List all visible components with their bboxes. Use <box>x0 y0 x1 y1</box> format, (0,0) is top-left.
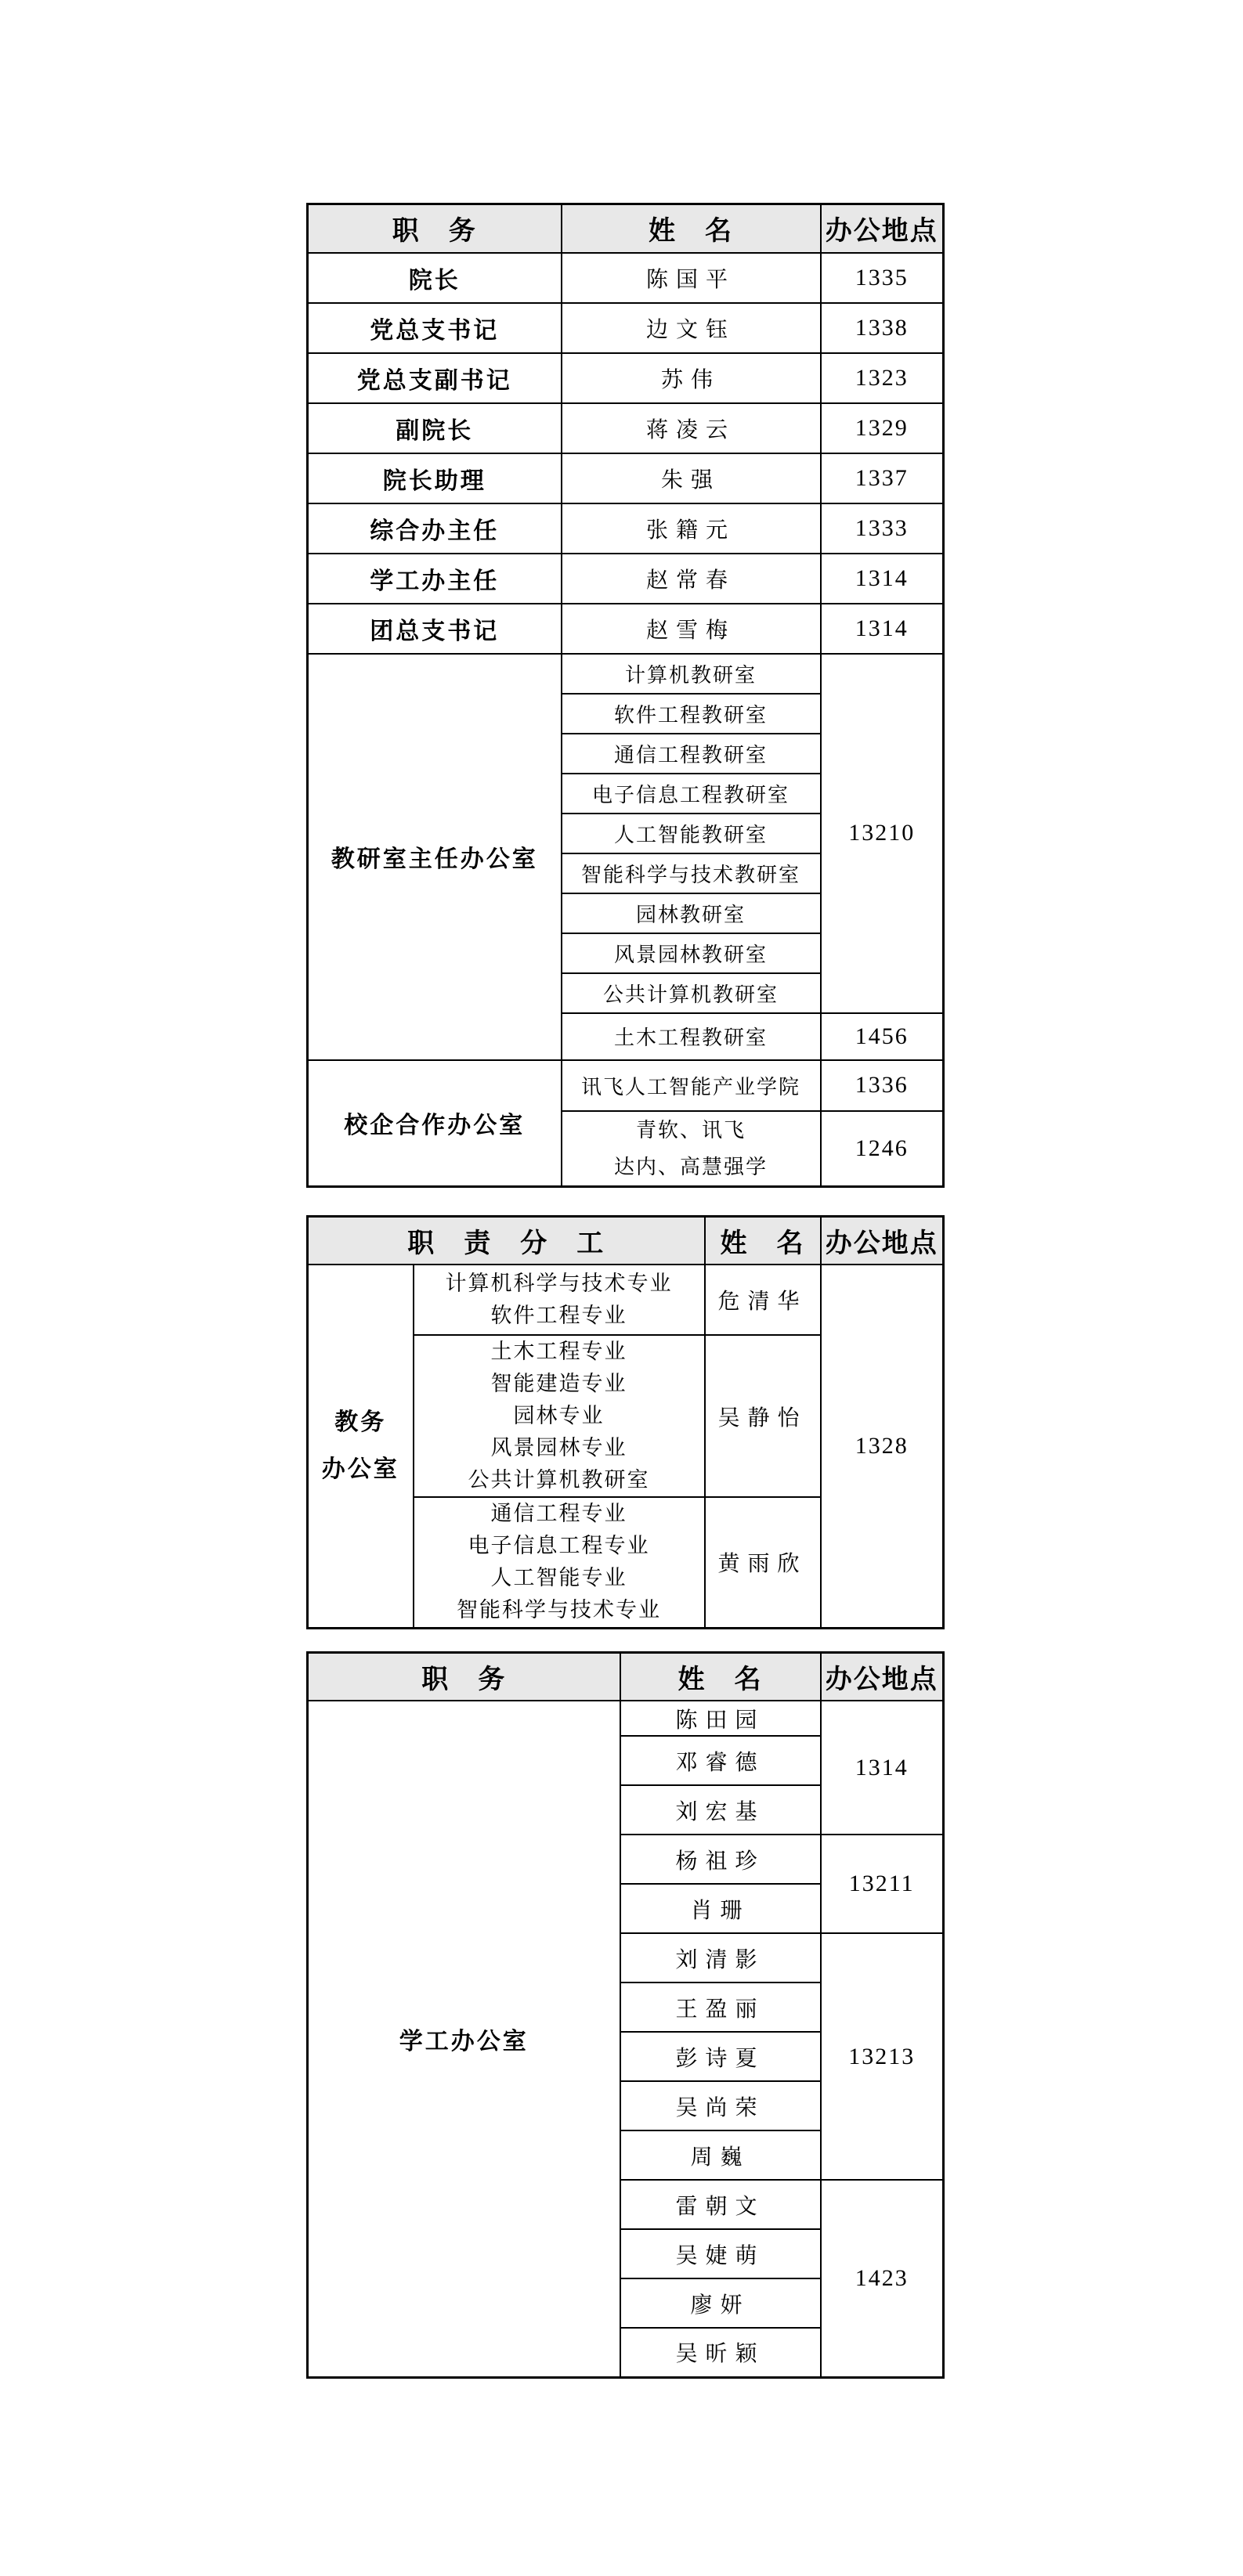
name-cell: 朱强 <box>562 453 821 503</box>
name-cell: 吴婕萌 <box>620 2229 821 2278</box>
name-cell: 彭诗夏 <box>620 2032 821 2081</box>
department-cell: 教务 办公室 <box>308 1265 414 1628</box>
table-row: 综合办主任 张籍元 1333 <box>308 503 944 554</box>
name-cell: 陈国平 <box>562 253 821 303</box>
office-cell: 1336 <box>821 1060 944 1111</box>
name-cell: 边文钰 <box>562 303 821 353</box>
office-cell: 1337 <box>821 453 944 503</box>
position-cell: 院长 <box>308 253 562 303</box>
header-position: 职 务 <box>308 1652 620 1701</box>
office-cell-merged: 13211 <box>821 1835 944 1933</box>
name-cell: 苏伟 <box>562 353 821 403</box>
department-line: 教务 <box>309 1399 413 1446</box>
table-row: 教务 办公室 计算机科学与技术专业 软件工程专业 危清华 1328 <box>308 1265 944 1335</box>
duty-line: 园林专业 <box>414 1400 704 1432</box>
header-office: 办公地点 <box>821 204 944 253</box>
name-cell: 王盈丽 <box>620 1983 821 2032</box>
name-cell: 赵雪梅 <box>562 604 821 654</box>
header-office: 办公地点 <box>821 1216 944 1265</box>
office-cell-merged: 1423 <box>821 2180 944 2377</box>
duty-line: 人工智能专业 <box>414 1562 704 1594</box>
header-position: 职 务 <box>308 204 562 253</box>
name-cell: 张籍元 <box>562 503 821 554</box>
table-gap <box>306 1188 945 1215</box>
duty-line: 智能建造专业 <box>414 1368 704 1400</box>
room-cell: 计算机教研室 <box>562 654 821 694</box>
room-cell: 智能科学与技术教研室 <box>562 853 821 893</box>
header-office: 办公地点 <box>821 1652 944 1701</box>
office-cell: 1338 <box>821 303 944 353</box>
header-row: 职 责 分 工 姓 名 办公地点 <box>308 1216 944 1265</box>
page-content: 职 务 姓 名 办公地点 院长 陈国平 1335 党总支书记 边文钰 1338 … <box>306 203 945 2379</box>
header-name: 姓 名 <box>620 1652 821 1701</box>
office-cell: 1329 <box>821 403 944 453</box>
office-cell: 1333 <box>821 503 944 554</box>
duty-line: 电子信息工程专业 <box>414 1530 704 1562</box>
document-page: { "colors": { "header_bg": "#e8e8e8", "b… <box>0 0 1243 2576</box>
table-row: 学工办公室 陈田园 1314 <box>308 1701 944 1736</box>
name-cell: 邓睿德 <box>620 1736 821 1785</box>
department-line: 办公室 <box>309 1446 413 1493</box>
name-cell: 蒋凌云 <box>562 403 821 453</box>
position-cell: 综合办主任 <box>308 503 562 554</box>
name-cell: 黄雨欣 <box>705 1497 821 1628</box>
position-cell: 党总支副书记 <box>308 353 562 403</box>
partner-cell: 青软、讯飞 达内、高慧强学 <box>562 1111 821 1187</box>
table-row: 党总支书记 边文钰 1338 <box>308 303 944 353</box>
office-cell-merged: 13210 <box>821 654 944 1013</box>
position-cell: 党总支书记 <box>308 303 562 353</box>
name-cell: 杨祖珍 <box>620 1835 821 1884</box>
table-row: 团总支书记 赵雪梅 1314 <box>308 604 944 654</box>
office-cell: 1314 <box>821 554 944 604</box>
name-cell: 赵常春 <box>562 554 821 604</box>
office-cell: 1335 <box>821 253 944 303</box>
header-row: 职 务 姓 名 办公地点 <box>308 204 944 253</box>
room-cell: 人工智能教研室 <box>562 814 821 853</box>
duty-line: 计算机科学与技术专业 <box>414 1268 704 1300</box>
header-duties: 职 责 分 工 <box>308 1216 705 1265</box>
position-cell-research-office: 教研室主任办公室 <box>308 654 562 1060</box>
header-name: 姓 名 <box>562 204 821 253</box>
name-cell: 廖妍 <box>620 2278 821 2328</box>
office-cell-merged: 13213 <box>821 1933 944 2180</box>
table-row: 副院长 蒋凌云 1329 <box>308 403 944 453</box>
office-cell-merged: 1314 <box>821 1701 944 1835</box>
duties-cell: 计算机科学与技术专业 软件工程专业 <box>414 1265 705 1335</box>
room-cell: 土木工程教研室 <box>562 1013 821 1060</box>
table-row: 校企合作办公室 讯飞人工智能产业学院 1336 <box>308 1060 944 1111</box>
name-cell: 吴静怡 <box>705 1335 821 1497</box>
position-cell: 团总支书记 <box>308 604 562 654</box>
name-cell: 刘清影 <box>620 1933 821 1983</box>
room-cell: 电子信息工程教研室 <box>562 774 821 814</box>
office-cell: 1323 <box>821 353 944 403</box>
student-affairs-table: 职 务 姓 名 办公地点 学工办公室 陈田园 1314 邓睿德 刘宏基 杨祖珍 … <box>306 1651 945 2379</box>
partner-line: 达内、高慧强学 <box>562 1149 820 1185</box>
academic-affairs-table: 职 责 分 工 姓 名 办公地点 教务 办公室 计算机科学与技术专业 软件工程专… <box>306 1215 945 1629</box>
office-cell: 1314 <box>821 604 944 654</box>
name-cell: 吴昕颖 <box>620 2328 821 2377</box>
position-cell: 副院长 <box>308 403 562 453</box>
name-cell: 雷朝文 <box>620 2180 821 2229</box>
office-cell: 1456 <box>821 1013 944 1060</box>
room-cell: 风景园林教研室 <box>562 933 821 973</box>
duty-line: 公共计算机教研室 <box>414 1464 704 1496</box>
duty-line: 软件工程专业 <box>414 1300 704 1332</box>
room-cell: 软件工程教研室 <box>562 694 821 734</box>
table-row: 党总支副书记 苏伟 1323 <box>308 353 944 403</box>
leadership-table: 职 务 姓 名 办公地点 院长 陈国平 1335 党总支书记 边文钰 1338 … <box>306 203 945 1188</box>
name-cell: 肖珊 <box>620 1884 821 1933</box>
name-cell: 周巍 <box>620 2130 821 2180</box>
duties-cell: 土木工程专业 智能建造专业 园林专业 风景园林专业 公共计算机教研室 <box>414 1335 705 1497</box>
name-cell: 陈田园 <box>620 1701 821 1736</box>
table-row: 学工办主任 赵常春 1314 <box>308 554 944 604</box>
partner-cell: 讯飞人工智能产业学院 <box>562 1060 821 1111</box>
header-name: 姓 名 <box>705 1216 821 1265</box>
office-cell: 1246 <box>821 1111 944 1187</box>
table-row: 院长 陈国平 1335 <box>308 253 944 303</box>
name-cell: 刘宏基 <box>620 1785 821 1835</box>
position-cell-student-office: 学工办公室 <box>308 1701 620 2377</box>
table-row: 院长助理 朱强 1337 <box>308 453 944 503</box>
table-gap <box>306 1629 945 1651</box>
position-cell: 学工办主任 <box>308 554 562 604</box>
room-cell: 园林教研室 <box>562 893 821 933</box>
name-cell: 吴尚荣 <box>620 2081 821 2130</box>
room-cell: 公共计算机教研室 <box>562 973 821 1013</box>
office-cell-merged: 1328 <box>821 1265 944 1628</box>
position-cell-cooperation-office: 校企合作办公室 <box>308 1060 562 1187</box>
duty-line: 土木工程专业 <box>414 1336 704 1368</box>
header-row: 职 务 姓 名 办公地点 <box>308 1652 944 1701</box>
duties-cell: 通信工程专业 电子信息工程专业 人工智能专业 智能科学与技术专业 <box>414 1497 705 1628</box>
duty-line: 风景园林专业 <box>414 1432 704 1464</box>
position-cell: 院长助理 <box>308 453 562 503</box>
table-row: 教研室主任办公室 计算机教研室 13210 <box>308 654 944 694</box>
name-cell: 危清华 <box>705 1265 821 1335</box>
room-cell: 通信工程教研室 <box>562 734 821 774</box>
duty-line: 通信工程专业 <box>414 1498 704 1530</box>
partner-line: 青软、讯飞 <box>562 1112 820 1149</box>
duty-line: 智能科学与技术专业 <box>414 1594 704 1626</box>
